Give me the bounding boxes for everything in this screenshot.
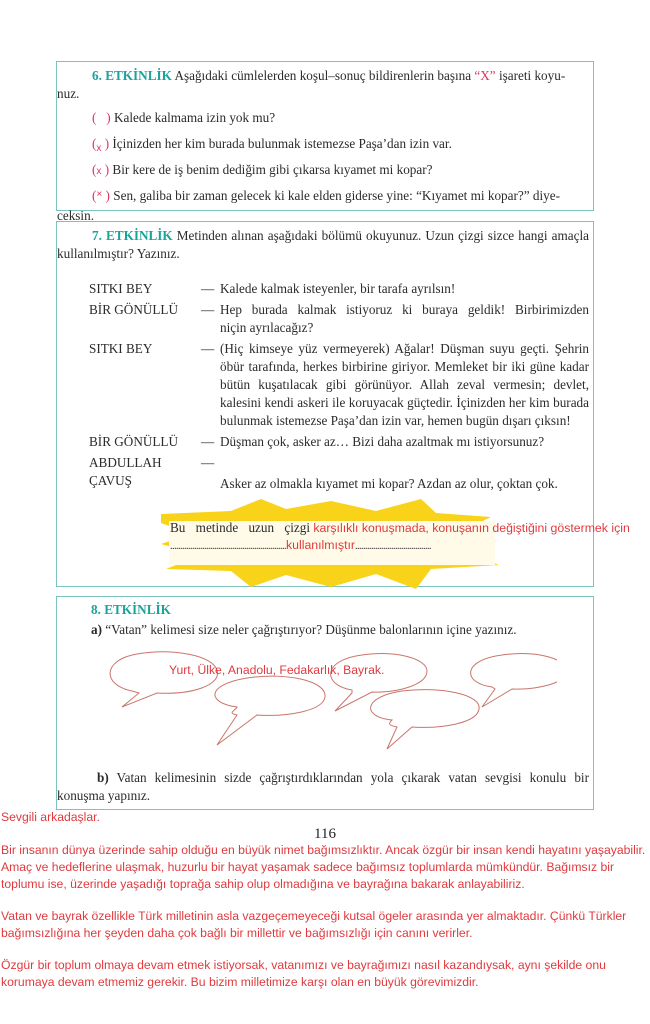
speaker: BİR GÖNÜLLÜ bbox=[89, 301, 199, 319]
speaker: ABDULLAH ÇAVUŞ bbox=[89, 454, 199, 490]
activity-6-instruction: 6. ETKİNLİK Aşağıdaki cümlelerden koşul–… bbox=[57, 67, 587, 103]
dialogue-line: BİR GÖNÜLLÜ —Düşman çok, asker az… Bizi … bbox=[89, 433, 589, 451]
answer-mark[interactable]: × bbox=[96, 189, 102, 200]
activity-6-item: (× ) Sen, galiba bir zaman gelecek ki ka… bbox=[57, 187, 587, 225]
activity-8-box: 8. ETKİNLİK a) “Vatan” kelimesi size nel… bbox=[56, 596, 594, 810]
activity-7-box: 7. ETKİNLİK Metinden alınan aşağıdaki bö… bbox=[56, 221, 594, 587]
activity-6-heading: 6. ETKİNLİK bbox=[92, 68, 172, 83]
answer-line-1: Bu metinde uzun çizgi karşılıklı konuşma… bbox=[170, 519, 630, 537]
activity-7-heading: 7. ETKİNLİK bbox=[92, 228, 173, 243]
activity-8-heading: 8. ETKİNLİK bbox=[91, 601, 171, 619]
dialogue: SITKI BEY —Kalede kalmak isteyenler, bir… bbox=[89, 280, 589, 493]
dialogue-line: BİR GÖNÜLLÜ —Hep burada kalmak istiyoruz… bbox=[89, 301, 589, 337]
essay-greeting: Sevgili arkadaşlar. bbox=[1, 809, 649, 826]
speaker: SITKI BEY bbox=[89, 280, 199, 298]
dialogue-line: ABDULLAH ÇAVUŞ — Asker az olmakla kıyame… bbox=[89, 454, 589, 493]
dialogue-line: SITKI BEY —(Hiç kimseye yüz vermeyerek) … bbox=[89, 340, 589, 430]
speaker: SITKI BEY bbox=[89, 340, 199, 358]
answer-mark[interactable]: x bbox=[96, 143, 101, 154]
balloon-answer[interactable]: Yurt, Ülke, Anadolu, Fedakarlık, Bayrak. bbox=[169, 661, 384, 679]
essay-paragraph: Vatan ve bayrak özellikle Türk milletini… bbox=[1, 908, 649, 942]
speech-balloon bbox=[215, 676, 325, 745]
speaker: BİR GÖNÜLLÜ bbox=[89, 433, 199, 451]
activity-7-instruction: 7. ETKİNLİK Metinden alınan aşağıdaki bö… bbox=[57, 227, 589, 263]
page-number: 116 bbox=[0, 826, 650, 843]
handwritten-answer-cont[interactable]: kullanılmıştır bbox=[286, 538, 355, 552]
activity-6-item: (x ) Bir kere de iş benim dediğim gibi ç… bbox=[57, 161, 587, 181]
handwritten-answer[interactable]: karşılıklı konuşmada, konuşanın değiştiğ… bbox=[313, 521, 629, 535]
essay-paragraph: Özgür bir toplum olmaya devam etmek isti… bbox=[1, 957, 649, 991]
activity-6-item: ( ) Kalede kalmama izin yok mu? bbox=[57, 109, 587, 129]
activity-8-part-b: b) Vatan kelimesinin sizde çağrıştırdıkl… bbox=[57, 769, 589, 805]
dialogue-line: SITKI BEY —Kalede kalmak isteyenler, bir… bbox=[89, 280, 589, 298]
activity-8-part-a: a) “Vatan” kelimesi size neler çağrıştır… bbox=[91, 621, 517, 639]
speech-balloon bbox=[471, 654, 557, 707]
activity-6-item: (x ) İçinizden her kim burada bulunmak i… bbox=[57, 135, 587, 155]
answer-line-2: ........................................… bbox=[170, 536, 500, 556]
speech-balloon bbox=[371, 690, 480, 749]
essay-paragraph: Bir insanın dünya üzerinde sahip olduğu … bbox=[1, 842, 649, 893]
activity-6-box: 6. ETKİNLİK Aşağıdaki cümlelerden koşul–… bbox=[56, 61, 594, 211]
